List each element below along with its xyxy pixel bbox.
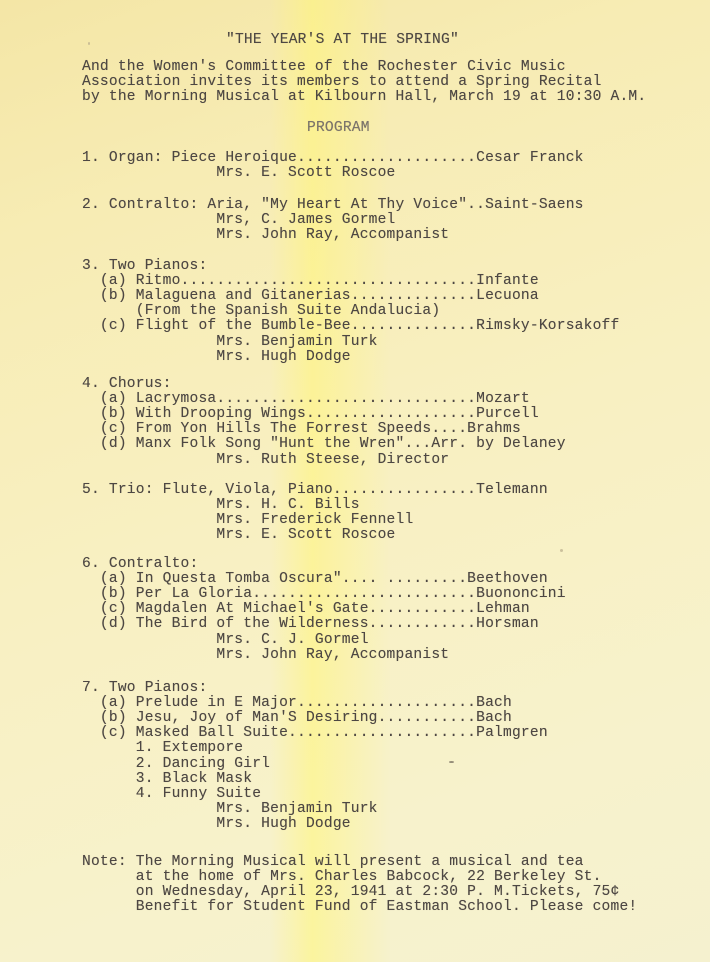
- program-item-line: (d) The Bird of the Wilderness..........…: [82, 617, 539, 632]
- program-item-heading: 1. Organ: Piece Heroique................…: [82, 151, 584, 166]
- program-item-line: Mrs. Benjamin Turk: [82, 335, 378, 350]
- program-item-line: (b) Malaguena and Gitanerias............…: [82, 289, 539, 304]
- program-item-line: Mrs. John Ray, Accompanist: [82, 228, 449, 243]
- program-item-line: 2. Dancing Girl: [82, 757, 270, 772]
- program-item-line: Mrs. E. Scott Roscoe: [82, 528, 396, 543]
- program-item-heading: 5. Trio: Flute, Viola, Piano............…: [82, 483, 548, 498]
- program-item-line: 4. Funny Suite: [82, 787, 261, 802]
- note-line: on Wednesday, April 23, 1941 at 2:30 P. …: [82, 885, 619, 900]
- program-item-heading: 3. Two Pianos:: [82, 259, 207, 274]
- program-item-line: 3. Black Mask: [82, 772, 252, 787]
- program-item-line: Mrs. H. C. Bills: [82, 498, 360, 513]
- intro-line: Association invites its members to atten…: [82, 75, 602, 90]
- program-item-line: (a) Ritmo...............................…: [82, 274, 539, 289]
- program-item-line: (c) Masked Ball Suite...................…: [82, 726, 548, 741]
- intro-line: And the Women's Committee of the Rochest…: [82, 60, 566, 75]
- program-item-line: Mrs. E. Scott Roscoe: [82, 166, 396, 181]
- intro-line: by the Morning Musical at Kilbourn Hall,…: [82, 90, 646, 105]
- program-item-line: Mrs. Benjamin Turk: [82, 802, 378, 817]
- program-item-heading: 7. Two Pianos:: [82, 681, 207, 696]
- program-item-line: Mrs. C. J. Gormel: [82, 633, 369, 648]
- program-item-line: Mrs. Frederick Fennell: [82, 513, 413, 528]
- program-item-line: Mrs. John Ray, Accompanist: [82, 648, 449, 663]
- document-title: "THE YEAR'S AT THE SPRING": [226, 33, 459, 48]
- program-item-line: Mrs. Hugh Dodge: [82, 817, 351, 832]
- program-heading: PROGRAM: [307, 121, 370, 136]
- program-item-line: Mrs. Hugh Dodge: [82, 350, 351, 365]
- program-item-heading: 4. Chorus:: [82, 377, 172, 392]
- program-item-line: (c) Flight of the Bumble-Bee............…: [82, 319, 619, 334]
- note-line: Benefit for Student Fund of Eastman Scho…: [82, 900, 637, 915]
- program-item-line: (b) With Drooping Wings.................…: [82, 407, 539, 422]
- paper-speck: [449, 761, 454, 763]
- note-line: at the home of Mrs. Charles Babcock, 22 …: [82, 870, 602, 885]
- program-item-heading: 2. Contralto: Aria, "My Heart At Thy Voi…: [82, 198, 584, 213]
- program-item-line: (b) Per La Gloria.......................…: [82, 587, 566, 602]
- program-item-line: (a) Lacrymosa...........................…: [82, 392, 530, 407]
- program-item-line: Mrs, C. James Gormel: [82, 213, 396, 228]
- program-item-line: (a) In Questa Tomba Oscura".... ........…: [82, 572, 548, 587]
- program-item-line: 1. Extempore: [82, 741, 243, 756]
- paper-speck: [88, 42, 90, 45]
- program-item-line: (a) Prelude in E Major..................…: [82, 696, 512, 711]
- program-item-heading: 6. Contralto:: [82, 557, 198, 572]
- program-item-line: (d) Manx Folk Song "Hunt the Wren"...Arr…: [82, 437, 566, 452]
- program-item-line: Mrs. Ruth Steese, Director: [82, 453, 449, 468]
- program-item-line: (b) Jesu, Joy of Man'S Desiring.........…: [82, 711, 512, 726]
- paper-speck: [560, 549, 563, 552]
- note-line: Note: The Morning Musical will present a…: [82, 855, 584, 870]
